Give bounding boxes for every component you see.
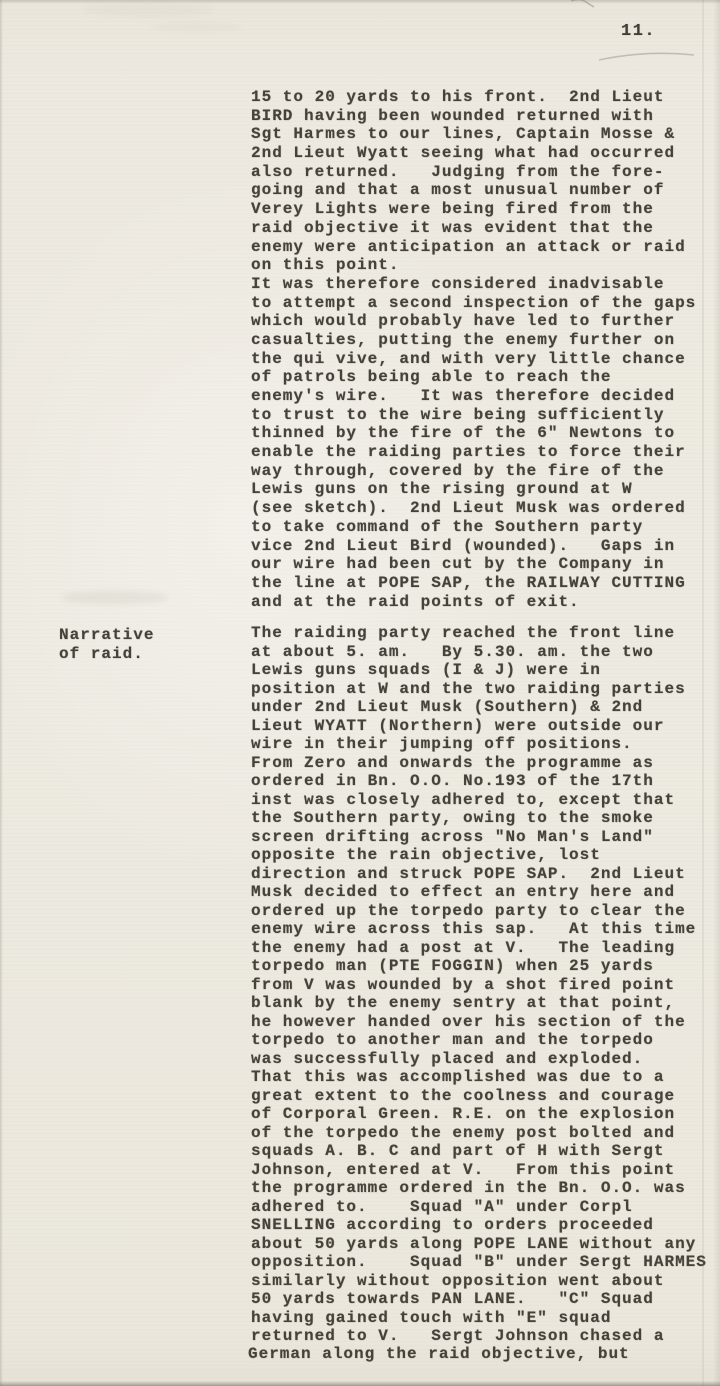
text-line: to attempt a second inspection of the ga… xyxy=(251,294,696,313)
text-line: similarly without opposition went about xyxy=(251,1272,707,1291)
text-line: the enemy had a post at V. The leading xyxy=(251,939,707,958)
document-page: 11. Narrativeof raid. 15 to 20 yards to … xyxy=(0,0,720,1386)
text-line: Lewis guns on the rising ground at W xyxy=(251,480,696,499)
text-line: the programme ordered in the Bn. O.O. wa… xyxy=(251,1179,707,1198)
text-line: opposite the rain objective, lost xyxy=(251,846,707,865)
text-line: of patrols being able to reach the xyxy=(251,368,696,387)
text-line: on this point. xyxy=(251,256,696,275)
text-line: inst was closely adhered to, except that xyxy=(251,791,707,810)
text-line: enemy were anticipation an attack or rai… xyxy=(251,238,696,257)
text-line: Musk decided to effect an entry here and xyxy=(251,883,707,902)
text-line: about 50 yards along POPE LANE without a… xyxy=(251,1235,707,1254)
text-line: and at the raid points of exit. xyxy=(251,593,696,612)
text-line: the qui vive, and with very little chanc… xyxy=(251,350,696,369)
text-line: torpedo man (PTE FOGGIN) when 25 yards xyxy=(251,957,707,976)
paper-fold-line xyxy=(702,0,704,1386)
paper-edge-shadow-top xyxy=(0,0,720,4)
text-line: Lewis guns squads (I & J) were in xyxy=(251,661,707,680)
text-line: Johnson, entered at V. From this point xyxy=(251,1161,707,1180)
text-line: (see sketch). 2nd Lieut Musk was ordered xyxy=(251,499,696,518)
text-line: raid objective it was evident that the xyxy=(251,219,696,238)
text-line: vice 2nd Lieut Bird (wounded). Gaps in xyxy=(251,537,696,556)
text-line: ordered in Bn. O.O. No.193 of the 17th xyxy=(251,772,707,791)
text-line: at about 5. am. By 5.30. am. the two xyxy=(251,643,707,662)
text-line: Verey Lights were being fired from the xyxy=(251,200,696,219)
text-line: Lieut WYATT (Northern) were outside our xyxy=(251,717,707,736)
text-line: torpedo to another man and the torpedo xyxy=(251,1031,707,1050)
text-line: from V was wounded by a shot fired point xyxy=(251,976,707,995)
text-line: 15 to 20 yards to his front. 2nd Lieut xyxy=(251,88,696,107)
text-line: our wire had been cut by the Company in xyxy=(251,555,696,574)
text-line: was successfully placed and exploded. xyxy=(251,1050,707,1069)
page-number: 11. xyxy=(621,22,656,41)
text-line: the line at POPE SAP, the RAILWAY CUTTIN… xyxy=(251,574,696,593)
text-line: under 2nd Lieut Musk (Southern) & 2nd xyxy=(251,698,707,717)
text-line: the Southern party, owing to the smoke xyxy=(251,809,707,828)
text-line: also returned. Judging from the fore- xyxy=(251,163,696,182)
text-line: direction and struck POPE SAP. 2nd Lieut xyxy=(251,865,707,884)
text-line: he however handed over his section of th… xyxy=(251,1013,707,1032)
text-line: BIRD having been wounded returned with xyxy=(251,107,696,126)
pencil-mark-artifact xyxy=(597,48,697,64)
text-line: That this was accomplished was due to a xyxy=(251,1068,707,1087)
text-line: casualties, putting the enemy further on xyxy=(251,331,696,350)
text-line: enemy wire across this sap. At this time xyxy=(251,920,707,939)
text-line: returned to V. Sergt Johnson chased a xyxy=(251,1327,707,1346)
text-line: going and that a most unusual number of xyxy=(251,181,696,200)
text-line: Sgt Harmes to our lines, Captain Mosse & xyxy=(251,125,696,144)
text-line: It was therefore considered inadvisable xyxy=(251,275,696,294)
text-line: way through, covered by the fire of the xyxy=(251,462,696,481)
margin-note: Narrativeof raid. xyxy=(59,626,154,663)
paper-edge-shadow-right xyxy=(713,0,720,1386)
text-line: great extent to the coolness and courage xyxy=(251,1087,707,1106)
text-line: position at W and the two raiding partie… xyxy=(251,680,707,699)
text-line: which would probably have led to further xyxy=(251,312,696,331)
margin-note-line: of raid. xyxy=(59,645,154,664)
text-line: having gained touch with "E" squad xyxy=(251,1309,707,1328)
text-line: blank by the enemy sentry at that point, xyxy=(251,994,707,1013)
paper-edge-shadow-left xyxy=(0,0,3,1386)
text-line: enemy's wire. It was therefore decided xyxy=(251,387,696,406)
text-line: to take command of the Southern party xyxy=(251,518,696,537)
margin-note-line: Narrative xyxy=(59,626,154,645)
text-line: From Zero and onwards the programme as xyxy=(251,754,707,773)
text-line: The raiding party reached the front line xyxy=(251,624,707,643)
paragraph-block-2: The raiding party reached the front line… xyxy=(251,624,707,1346)
bleedthrough-smudge xyxy=(82,4,214,17)
text-line: 50 yards towards PAN LANE. "C" Squad xyxy=(251,1290,707,1309)
text-line: screen drifting across "No Man's Land" xyxy=(251,828,707,847)
paper-edge-shadow-bottom xyxy=(0,1381,720,1386)
bleedthrough-smudge xyxy=(150,22,242,32)
text-line: enable the raiding parties to force thei… xyxy=(251,443,696,462)
text-line: of the torpedo the enemy post bolted and xyxy=(251,1124,707,1143)
margin-smudge xyxy=(62,591,168,604)
text-line: SNELLING according to orders proceeded xyxy=(251,1216,707,1235)
text-line: 2nd Lieut Wyatt seeing what had occurred xyxy=(251,144,696,163)
text-line: ordered up the torpedo party to clear th… xyxy=(251,902,707,921)
text-line: to trust to the wire being sufficiently xyxy=(251,406,696,425)
text-line-final: German along the raid objective, but xyxy=(248,1345,630,1364)
paragraph-block-1: 15 to 20 yards to his front. 2nd LieutBI… xyxy=(251,88,696,611)
text-line: opposition. Squad "B" under Sergt HARMES xyxy=(251,1253,707,1272)
text-line: wire in their jumping off positions. xyxy=(251,735,707,754)
text-line: squads A. B. C and part of H with Sergt xyxy=(251,1142,707,1161)
text-line: of Corporal Green. R.E. on the explosion xyxy=(251,1105,707,1124)
text-line: adhered to. Squad "A" under Corpl xyxy=(251,1198,707,1217)
text-line: thinned by the fire of the 6" Newtons to xyxy=(251,424,696,443)
